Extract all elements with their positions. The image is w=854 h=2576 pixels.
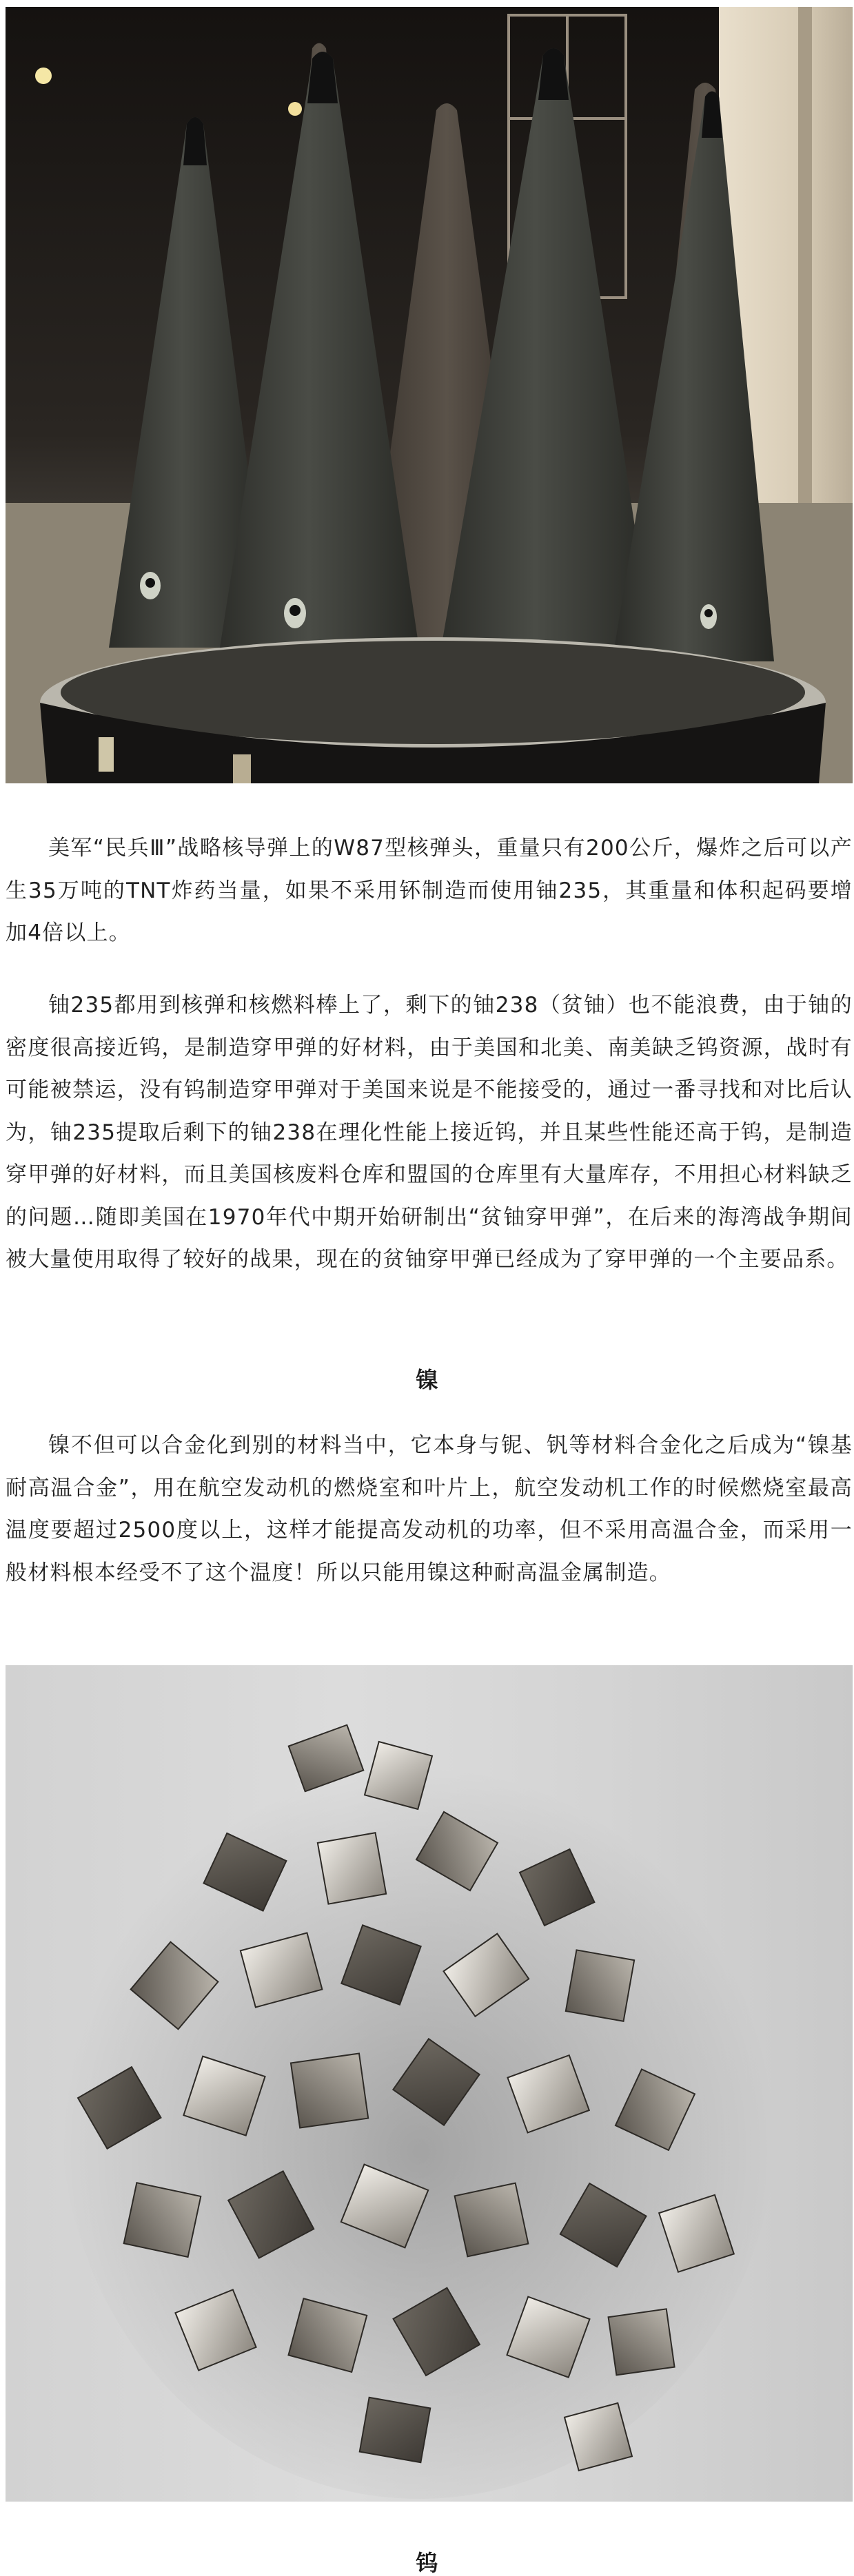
- paragraph-w87-warhead: 美军“民兵Ⅲ”战略核导弹上的W87型核弹头，重量只有200公斤，爆炸之后可以产生…: [6, 827, 853, 955]
- paragraph-depleted-uranium: 铀235都用到核弹和核燃料棒上了，剩下的铀238（贫铀）也不能浪费，由于铀的密度…: [6, 985, 853, 1281]
- paragraph-nickel-superalloy: 镍不但可以合金化到别的材料当中，它本身与铌、钒等材料合金化之后成为“镍基耐高温合…: [6, 1425, 853, 1594]
- warheads-photo: [6, 7, 853, 783]
- section-heading-tungsten: 钨: [0, 2546, 854, 2576]
- nickel-plates-photo: [6, 1665, 853, 2502]
- warheads-illustration: [6, 7, 853, 783]
- nickel-plates-illustration: [6, 1665, 853, 2502]
- section-heading-nickel: 镍: [0, 1363, 854, 1394]
